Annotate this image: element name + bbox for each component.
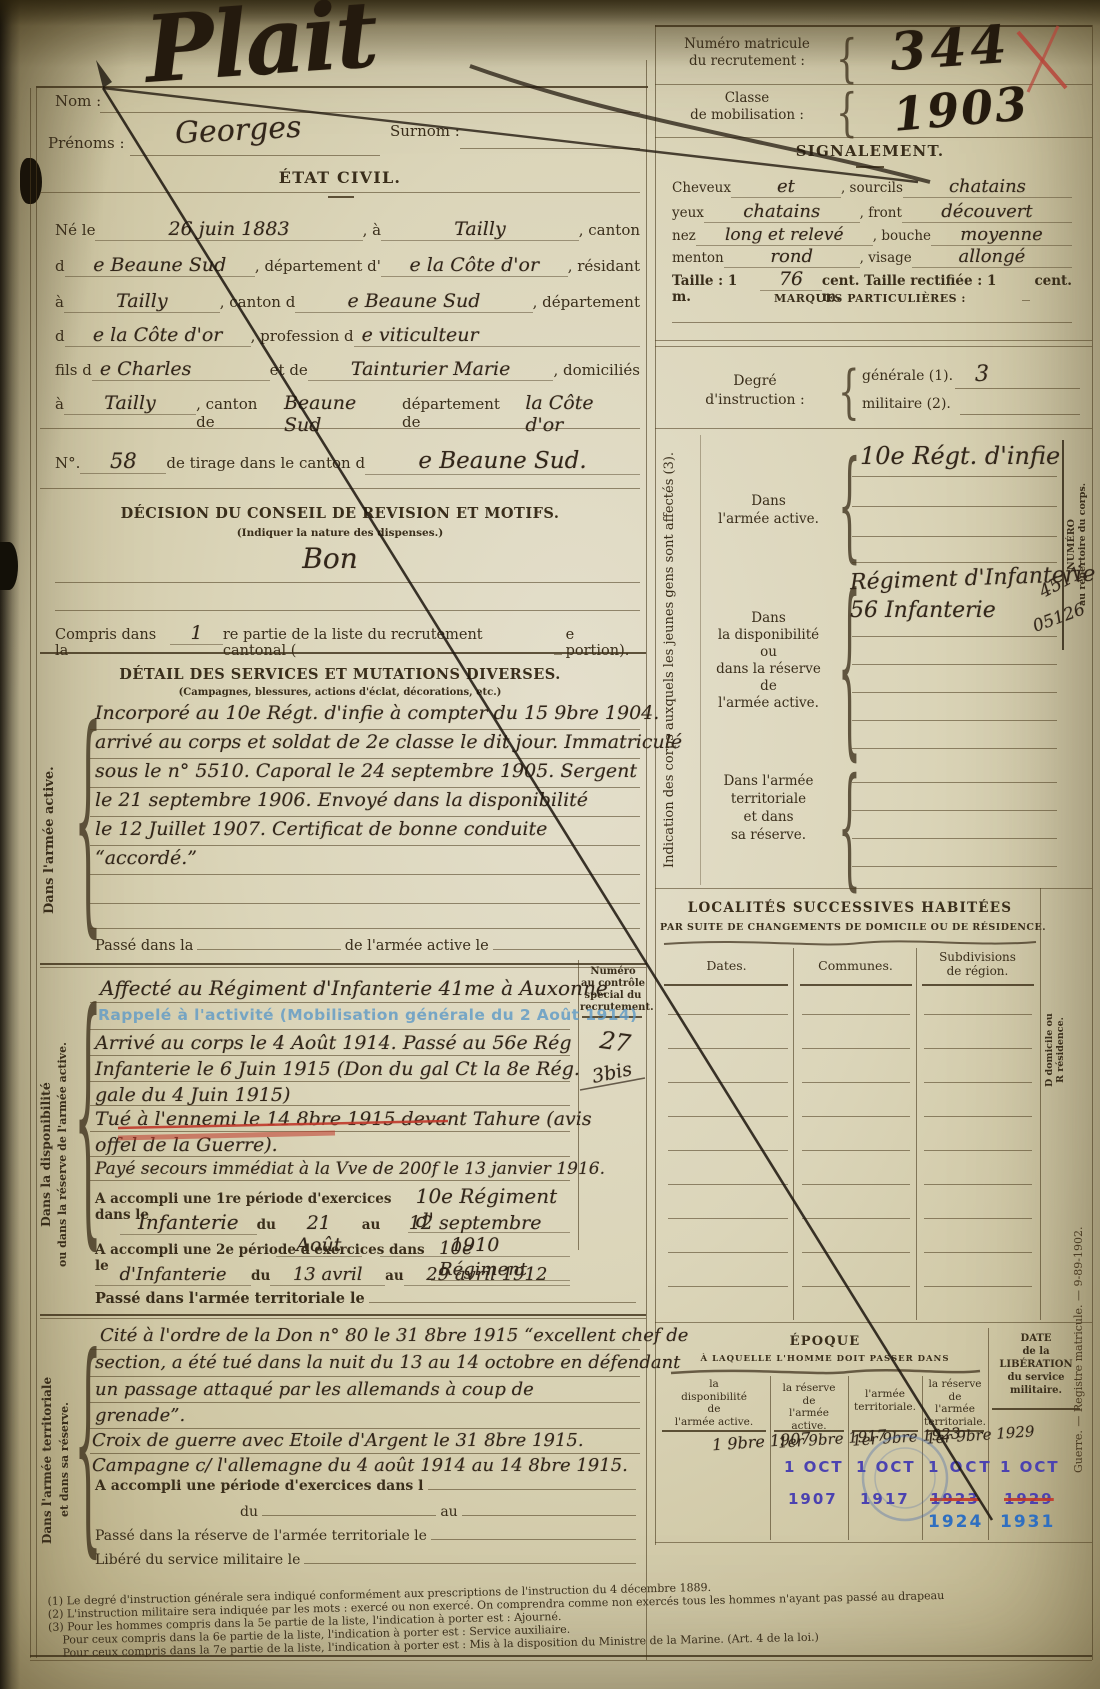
- visage-value: allongé: [912, 246, 1072, 268]
- corps-active-value: 10e Régt. d'infie: [860, 442, 1060, 470]
- degre-label: Degré d'instruction :: [690, 372, 820, 410]
- classe-label: Classe de mobilisation :: [672, 90, 822, 124]
- periode-2-line-b: d'Infanterie du 13 avril au 29 avril 191…: [95, 1264, 570, 1286]
- matricule-value: 344: [888, 14, 1013, 83]
- photo-edge-left: [0, 0, 20, 1689]
- degre-generale-value: 3: [975, 362, 989, 387]
- signalement-title: SIGNALEMENT.: [700, 142, 1040, 160]
- yeux-label: yeux: [672, 205, 704, 221]
- residence-canton-value: e Beaune Sud: [295, 290, 532, 313]
- stamp-oct-1: 1 OCT: [784, 1458, 844, 1476]
- profession-value: e viticulteur: [354, 324, 640, 347]
- civil-line-3: à Tailly , canton d e Beaune Sud , dépar…: [55, 290, 640, 313]
- edge-blot: [0, 542, 18, 590]
- front-value: découvert: [902, 201, 1072, 223]
- stamp-year-1923-struck: 1923: [930, 1490, 980, 1508]
- dispo-hw-affecte: Affecté au Régiment d'Infanterie 41me à …: [100, 976, 608, 1000]
- terr-du-au-line: du au: [240, 1504, 640, 1520]
- epoque-date-col-label: DATE de la LIBÉRATION du service militai…: [992, 1332, 1080, 1397]
- localites-col-subdiv: Subdivisions de région.: [920, 950, 1035, 978]
- name-script: Plait: [142, 0, 380, 104]
- classe-brace: {: [836, 88, 858, 139]
- front-label: , front: [860, 205, 902, 221]
- corps-active-label: Dans l'armée active.: [706, 492, 831, 528]
- degre-militaire-label: militaire (2).: [862, 396, 951, 412]
- domicile-canton-value: Beaune Sud: [278, 392, 402, 436]
- corps-dispo-label: Dans la disponibilité ou dans la réserve…: [706, 610, 831, 712]
- localites-side-label: D domicile ou R résidence.: [1044, 900, 1066, 1200]
- degre-brace: {: [838, 364, 860, 422]
- libere-line: Libéré du service militaire le: [95, 1552, 640, 1568]
- prenoms-label: Prénoms :: [48, 134, 125, 152]
- signalement-row-2: yeux chatains , front découvert: [672, 201, 1072, 223]
- yeux-value: chatains: [704, 201, 860, 223]
- tirage-line: N°. 58 de tirage dans le canton d e Beau…: [55, 448, 640, 475]
- nez-label: nez: [672, 228, 696, 244]
- corps-side-label: Indication des corps auxquels les jeunes…: [662, 445, 677, 875]
- signalement-row-1: Cheveux et , sourcils chatains: [672, 176, 1072, 198]
- footnotes: (1) Le degré d'instruction générale sera…: [47, 1573, 1078, 1660]
- cheveux-label: Cheveux: [672, 180, 731, 196]
- birth-departement-value: e la Côte d'or: [381, 254, 568, 277]
- liste-partie-value: 1: [170, 622, 223, 645]
- cheveux-value: et: [731, 176, 841, 198]
- stamp-year-1929-struck: 1929: [1004, 1490, 1054, 1508]
- taille-value: 76: [760, 268, 822, 291]
- nom-label: Nom :: [55, 92, 101, 110]
- services-title: DÉTAIL DES SERVICES ET MUTATIONS DIVERSE…: [60, 666, 620, 683]
- signalement-row-3: nez long et relevé , bouche moyenne: [672, 224, 1072, 246]
- stamp-oct-4: 1 OCT: [1000, 1458, 1060, 1476]
- dispo-hw-tue: Tué à l'ennemi le 14 8bre 1915 devant Ta…: [95, 1108, 592, 1130]
- matricule-brace: {: [836, 34, 858, 85]
- fils-de-label: fils d: [55, 361, 92, 379]
- stamp-year-1931: 1931: [1000, 1512, 1055, 1532]
- residence-departement-value: e la Côte d'or: [65, 324, 251, 347]
- localites-swash: [660, 936, 1040, 950]
- dispo-hw-infanterie: Infanterie le 6 Juin 1915 (Don du gal Ct…: [95, 1058, 580, 1080]
- services-subtitle: (Campagnes, blessures, actions d'éclat, …: [60, 687, 620, 698]
- residence-value: Tailly: [64, 290, 220, 313]
- bouche-label: , bouche: [873, 228, 931, 244]
- localites-title: LOCALITÉS SUCCESSIVES HABITÉES: [660, 900, 1040, 916]
- civil-line-6: à Tailly , canton de Beaune Sud départem…: [55, 392, 640, 436]
- passe-territoriale-line: Passé dans l'armée territoriale le: [95, 1290, 640, 1307]
- matricule-label: Numéro matricule du recrutement :: [672, 36, 822, 70]
- right-margin-imprint: Guerre. — Registre matricule. — 9-89-190…: [1072, 1140, 1085, 1560]
- stamp-year-1917: 1917: [860, 1490, 910, 1508]
- ne-le-label: Né le: [55, 221, 95, 239]
- mobilisation-stamp: Rappelé à l'activité (Mobilisation génér…: [98, 1006, 638, 1024]
- domicile-departement-value: la Côte d'or: [519, 392, 640, 436]
- father-name-value: e Charles: [92, 358, 270, 381]
- periode-2-to: 29 avril 1912: [404, 1264, 570, 1286]
- dispo-hw-secours: Payé secours immédiat à la Vve de 200f l…: [95, 1159, 605, 1179]
- surnom-label: Surnom :: [390, 122, 460, 140]
- decision-title: DÉCISION DU CONSEIL DE REVISION ET MOTIF…: [60, 505, 620, 522]
- corner-blot: [20, 158, 42, 204]
- dispo-margin-label-1: Dans la disponibilité: [38, 1010, 53, 1300]
- epoque-title: ÉPOQUE: [660, 1334, 990, 1349]
- epoque-subtitle: À LAQUELLE L'HOMME DOIT PASSER DANS: [660, 1354, 990, 1364]
- numero-controle-value-1: 27: [598, 1026, 632, 1058]
- stamp-year-1907: 1907: [788, 1490, 838, 1508]
- numero-tirage-value: 58: [80, 449, 166, 474]
- stamp-oct-3: 1 OCT: [928, 1458, 993, 1476]
- stamp-oct-2: 1 OCT: [856, 1458, 916, 1476]
- civil-line-5: fils d e Charles et de Tainturier Marie …: [55, 358, 640, 381]
- civil-line-4: d e la Côte d'or , profession d e viticu…: [55, 324, 640, 347]
- sourcils-value: chatains: [903, 176, 1072, 198]
- nez-value: long et relevé: [696, 225, 873, 246]
- marques-label: MARQUES PARTICULIÈRES :: [700, 292, 1040, 305]
- localites-col-communes: Communes.: [798, 958, 913, 973]
- numero-tirage-label: N°.: [55, 454, 80, 472]
- services-margin-label: Dans l'armée active.: [42, 700, 57, 980]
- epoque-col1-label: la disponibilité de l'armée active.: [660, 1378, 768, 1428]
- menton-value: rond: [724, 246, 860, 268]
- civil-line-1: Né le 26 juin 1883 , à Tailly , canton: [55, 218, 640, 241]
- registre-matricule-scan: Plait Nom : Prénoms : Georges Surnom : É…: [0, 0, 1100, 1689]
- epoque-col2-label: la réserve de l'armée active.: [772, 1382, 846, 1432]
- tirage-canton-value: e Beaune Sud.: [365, 448, 640, 475]
- corps-terr-label: Dans l'armée territoriale et dans sa rés…: [706, 772, 831, 844]
- bouche-value: moyenne: [931, 224, 1072, 246]
- dispo-hw-gale: gale du 4 Juin 1915): [95, 1084, 290, 1106]
- epoque-col4-label: la réserve de l'armée territoriale.: [924, 1378, 986, 1428]
- signalement-row-4: menton rond , visage allongé: [672, 246, 1072, 268]
- corps-dispo-value-2: 56 Infanterie: [850, 598, 996, 623]
- terr-margin-label-2: et dans sa réserve.: [58, 1345, 71, 1575]
- mother-name-value: Tainturier Marie: [308, 358, 554, 381]
- epoque-swash: [668, 1366, 983, 1378]
- numero-controle-value-2: 3bis: [590, 1058, 634, 1088]
- terr-periode-line: A accompli une période d'exercices dans …: [95, 1478, 640, 1494]
- passe-reserve-terr-line: Passé dans la réserve de l'armée territo…: [95, 1528, 640, 1544]
- etat-civil-title: ÉTAT CIVIL.: [240, 168, 440, 187]
- dispo-hw-guerre: offel de la Guerre).: [95, 1134, 278, 1156]
- decision-value: Bon: [230, 542, 430, 575]
- stamp-year-1924: 1924: [928, 1512, 983, 1532]
- prenoms-value: Georges: [174, 110, 302, 152]
- decision-subtitle: (Indiquer la nature des dispenses.): [60, 527, 620, 539]
- dispo-margin-label-2: ou dans la réserve de l'armée active.: [56, 1000, 69, 1310]
- dispo-hw-arrive: Arrivé au corps le 4 Août 1914. Passé au…: [95, 1032, 572, 1054]
- visage-label: , visage: [860, 250, 912, 266]
- birth-place-value: Tailly: [381, 218, 579, 241]
- localites-subtitle: PAR SUITE DE CHANGEMENTS DE DOMICILE OU …: [660, 922, 1040, 933]
- periode-2-from: 13 avril: [270, 1264, 385, 1286]
- birth-date-value: 26 juin 1883: [95, 218, 362, 241]
- terr-margin-label-1: Dans l'armée territoriale: [40, 1335, 54, 1585]
- civil-line-2: d e Beaune Sud , département d' e la Côt…: [55, 254, 640, 277]
- degre-generale-label: générale (1).: [862, 368, 953, 384]
- classe-value: 1903: [891, 76, 1031, 142]
- passe-armee-active-line: Passé dans la de l'armée active le: [95, 938, 640, 954]
- menton-label: menton: [672, 250, 724, 266]
- domicile-value: Tailly: [64, 392, 196, 415]
- localites-col-dates: Dates.: [664, 958, 789, 973]
- epoque-col3-label: l'armée territoriale.: [850, 1388, 920, 1413]
- birth-canton-value: e Beaune Sud: [65, 254, 255, 277]
- sourcils-label: , sourcils: [841, 180, 903, 196]
